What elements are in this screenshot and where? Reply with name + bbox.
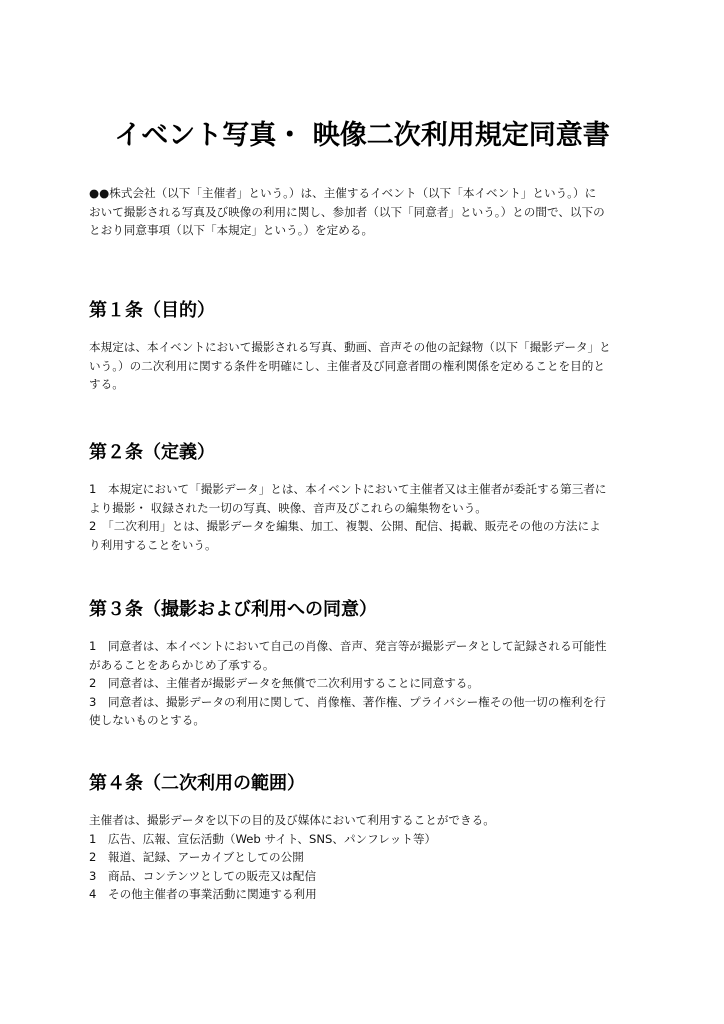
article-clause: 2 同意者は、主催者が撮影データを無償で二次利用することに同意する。: [89, 674, 649, 693]
article-list-item: 3 商品、コンテンツとしての販売又は配信: [89, 867, 649, 886]
article-list-item: 1 広告、広報、宣伝活動（Web サイト、SNS、パンフレット等）: [89, 830, 649, 849]
article-clause: 1 本規定において「撮影データ」とは、本イベントにおいて主催者又は主催者が委託す…: [89, 480, 649, 517]
document-title: イベント写真・ 映像二次利用規定同意書: [0, 118, 724, 154]
article-heading: 第４条（二次利用の範囲）: [89, 771, 649, 797]
article-heading: 第２条（定義）: [89, 440, 649, 466]
article-4-scope: 第４条（二次利用の範囲） 主催者は、撮影データを以下の目的及び媒体において利用す…: [89, 771, 649, 904]
article-heading: 第１条（目的）: [89, 298, 649, 324]
article-list-item: 4 その他主催者の事業活動に関連する利用: [89, 885, 649, 904]
intro-paragraph: ●●株式会社（以下「主催者」という。）は、主催するイベント（以下「本イベント」と…: [89, 184, 644, 240]
article-2-definitions: 第２条（定義） 1 本規定において「撮影データ」とは、本イベントにおいて主催者又…: [89, 440, 649, 554]
article-heading: 第３条（撮影および利用への同意）: [89, 597, 649, 623]
document-page: イベント写真・ 映像二次利用規定同意書 ●●株式会社（以下「主催者」という。）は…: [0, 0, 724, 1024]
article-clause: 1 同意者は、本イベントにおいて自己の肖像、音声、発言等が撮影データとして記録さ…: [89, 637, 649, 674]
article-paragraph: 本規定は、本イベントにおいて撮影される写真、動画、音声その他の記録物（以下「撮影…: [89, 338, 649, 394]
article-clause: 2 「二次利用」とは、撮影データを編集、加工、複製、公開、配信、掲載、販売その他…: [89, 517, 649, 554]
article-3-consent: 第３条（撮影および利用への同意） 1 同意者は、本イベントにおいて自己の肖像、音…: [89, 597, 649, 730]
article-list-item: 2 報道、記録、アーカイブとしての公開: [89, 848, 649, 867]
article-paragraph: 主催者は、撮影データを以下の目的及び媒体において利用することができる。: [89, 811, 649, 830]
article-clause: 3 同意者は、撮影データの利用に関して、肖像権、著作権、プライバシー権その他一切…: [89, 693, 649, 730]
article-1-purpose: 第１条（目的） 本規定は、本イベントにおいて撮影される写真、動画、音声その他の記…: [89, 298, 649, 394]
